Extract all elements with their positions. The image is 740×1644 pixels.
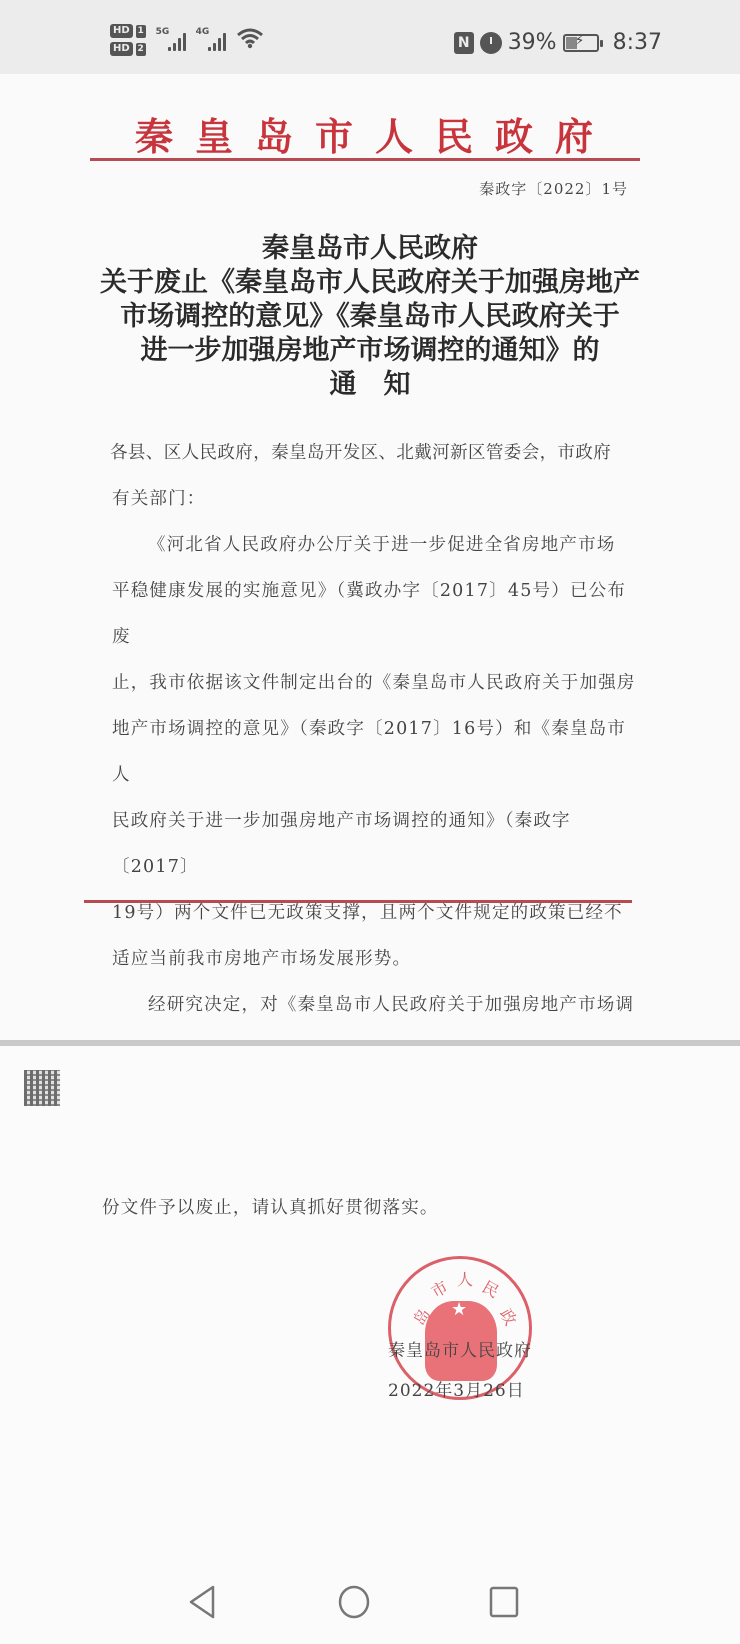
back-button[interactable] [182, 1582, 222, 1622]
battery-percent: 39% [508, 30, 557, 55]
header-red-rule [90, 158, 640, 161]
signal-4g-icon: 4G [206, 29, 226, 51]
body-line: 民政府关于进一步加强房地产市场调控的通知》（秦政字〔2017〕 [112, 798, 642, 890]
status-bar: HD 1 HD 2 5G 4G N 39% ⚡ 8:37 [0, 0, 740, 74]
network-type-label: 4G [196, 27, 210, 37]
addressee-line: 各县、区人民政府，秦皇岛开发区、北戴河新区管委会，市政府 [110, 430, 642, 476]
sim1-indicator: HD 1 [110, 24, 146, 38]
navigation-bar [0, 1560, 740, 1644]
body-line: 经研究决定，对《秦皇岛市人民政府关于加强房地产市场调 [112, 982, 642, 1028]
footer-red-rule [84, 900, 632, 903]
sim2-number: 2 [136, 43, 146, 56]
seal-char: 人 [457, 1267, 473, 1290]
title-line: 秦皇岛市人民政府 [0, 232, 740, 266]
hd-icon: HD [110, 24, 133, 38]
home-icon [337, 1584, 371, 1620]
home-button[interactable] [334, 1582, 374, 1622]
body-line: 份文件予以废止，请认真抓好贯彻落实。 [102, 1194, 439, 1219]
network-type-label: 5G [156, 27, 170, 37]
battery-charging-icon: ⚡ [563, 34, 599, 52]
seal-char: 市 [426, 1275, 451, 1303]
signature-organization: 秦皇岛市人民政府 [388, 1336, 532, 1361]
body-line: 适应当前我市房地产市场发展形势。 [112, 936, 642, 982]
body-line: 止，我市依据该文件制定出台的《秦皇岛市人民政府关于加强房 [112, 660, 642, 706]
alarm-icon [480, 32, 502, 54]
star-icon: ★ [451, 1299, 467, 1320]
sim-indicators: HD 1 HD 2 [110, 24, 146, 56]
document-number: 秦政字〔2022〕1号 [479, 178, 628, 199]
status-right: N 39% ⚡ 8:37 [454, 30, 662, 55]
nfc-icon: N [454, 32, 474, 54]
clock: 8:37 [613, 30, 662, 55]
signal-5g-icon: 5G [166, 29, 186, 51]
body-line: 平稳健康发展的实施意见》（冀政办字〔2017〕45号）已公布废 [112, 568, 642, 660]
body-line: 地产市场调控的意见》（秦政字〔2017〕16号）和《秦皇岛市人 [112, 706, 642, 798]
title-line: 关于废止《秦皇岛市人民政府关于加强房地产 [0, 266, 740, 300]
title-line: 通 知 [0, 368, 740, 402]
wifi-icon [236, 27, 264, 53]
sim1-number: 1 [136, 25, 146, 38]
document-page-1[interactable]: 秦皇岛市人民政府 秦政字〔2022〕1号 秦皇岛市人民政府 关于废止《秦皇岛市人… [0, 74, 740, 1040]
addressee-line: 有关部门： [112, 476, 642, 522]
body-line: 19号）两个文件已无政策支撑，且两个文件规定的政策已经不 [112, 890, 642, 936]
status-left: HD 1 HD 2 5G 4G [110, 24, 264, 56]
body-line: 《河北省人民政府办公厅关于进一步促进全省房地产市场 [112, 522, 642, 568]
signature-date: 2022年3月26日 [388, 1376, 525, 1401]
sim2-indicator: HD 2 [110, 42, 146, 56]
hd-icon: HD [110, 42, 133, 56]
title-line: 市场调控的意见》《秦皇岛市人民政府关于 [0, 300, 740, 334]
back-icon [187, 1584, 217, 1620]
issuer-header: 秦皇岛市人民政府 [0, 106, 740, 161]
document-page-2[interactable]: 份文件予以废止，请认真抓好贯彻落实。 ★ 岛 市 人 民 政 秦皇岛市人民政府 … [0, 1046, 740, 1644]
seal-char: 政 [495, 1304, 523, 1329]
recents-icon [488, 1585, 520, 1619]
recents-button[interactable] [484, 1582, 524, 1622]
seal-char: 民 [478, 1275, 503, 1303]
document-title: 秦皇岛市人民政府 关于废止《秦皇岛市人民政府关于加强房地产 市场调控的意见》《秦… [0, 232, 740, 402]
title-line: 进一步加强房地产市场调控的通知》的 [0, 334, 740, 368]
qr-code-icon [24, 1070, 60, 1106]
